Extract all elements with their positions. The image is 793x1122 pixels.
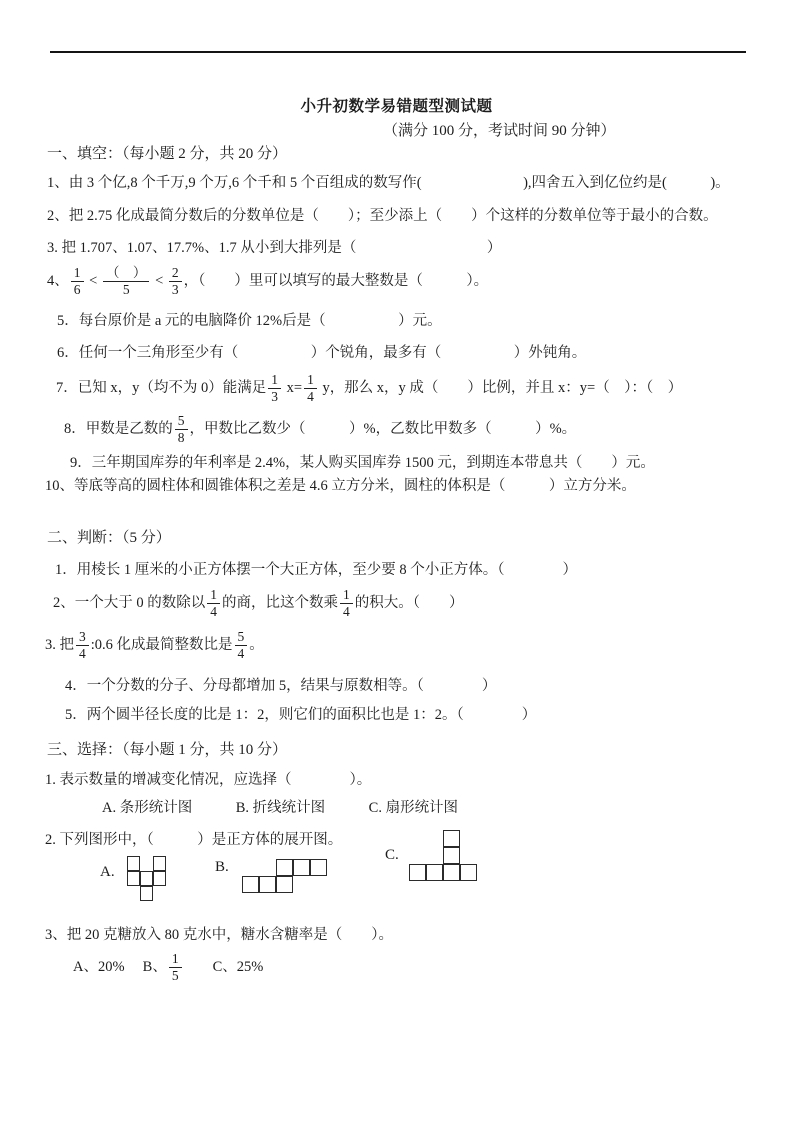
net-cell: [443, 830, 460, 847]
net-cell: [460, 864, 477, 881]
fill-q10: 10、等底等高的圆柱体和圆锥体积之差是 4.6 立方分米，圆柱的体积是（ ）立方…: [45, 478, 636, 495]
net-cell: [443, 847, 460, 864]
text-segment: 3. 把: [45, 637, 74, 654]
net-cell: [242, 876, 259, 893]
fill-q6: 6．任何一个三角形至少有（ ）个锐角，最多有（ ）外钝角。: [57, 345, 586, 362]
judge-q2: 2、一个大于 0 的数除以14的商，比这个数乘14的积大。（ ）: [53, 587, 464, 620]
net-cell: [310, 859, 327, 876]
fraction: 16: [71, 265, 84, 298]
choice-q2: 2. 下列图形中，（ ）是正方体的展开图。: [45, 832, 342, 849]
text-segment: 2、一个大于 0 的数除以: [53, 595, 205, 612]
fraction: 13: [268, 372, 281, 405]
text-segment: 的商，比这个数乘: [222, 595, 338, 612]
header-rule: [50, 51, 746, 53]
net-cell: [276, 859, 293, 876]
text-segment: 8．甲数是乙数的: [64, 421, 173, 438]
fraction: 14: [304, 372, 317, 405]
fill-q1: 1、由 3 个亿,8 个千万,9 个万,6 个千和 5 个百组成的数写作( ),…: [47, 175, 730, 192]
choice-q1-options: A. 条形统计图 B. 折线统计图 C. 扇形统计图: [102, 800, 458, 817]
fraction: 14: [207, 587, 220, 620]
cube-net-figure-c: [409, 830, 479, 883]
text-segment: C、25%: [184, 959, 264, 976]
section-choice-heading: 三、选择：（每小题 1 分，共 10 分）: [47, 742, 287, 759]
fill-q4: 4、16 < （ ）5 < 23，（ ）里可以填写的最大整数是（ ）。: [47, 265, 488, 298]
choice-q1: 1. 表示数量的增减变化情况，应选择（ ）。: [45, 772, 371, 789]
page: 小升初数学易错题型测试题 （满分 100 分，考试时间 90 分钟） 一、填空：…: [0, 0, 793, 1122]
text-segment: <: [151, 273, 166, 290]
net-cell: [443, 864, 460, 881]
net-cell: [153, 871, 166, 886]
fill-q3: 3. 把 1.707、1.07、17.7%、1.7 从小到大排列是（ ）: [47, 240, 501, 257]
text-segment: ，（ ）里可以填写的最大整数是（ ）。: [184, 273, 489, 290]
text-segment: 。: [249, 637, 264, 654]
net-cell: [127, 871, 140, 886]
fraction: 34: [76, 629, 89, 662]
net-cell: [426, 864, 443, 881]
fill-q2: 2、把 2.75 化成最简分数后的分数单位是（ ）；至少添上（ ）个这样的分数单…: [47, 208, 718, 225]
text-segment: 7．已知 x，y（均不为 0）能满足: [56, 380, 266, 397]
text-segment: y，那么 x，y 成（ ）比例，并且 x：y=（ ）：（ ）: [319, 380, 682, 397]
text-segment: ，甲数比乙数少（ ）%，乙数比甲数多（ ）%。: [190, 421, 577, 438]
net-cell: [409, 864, 426, 881]
text-segment: x=: [283, 380, 302, 397]
choice-q3-options: A、20% B、15 C、25%: [73, 951, 263, 984]
fraction: 58: [175, 413, 188, 446]
fill-q8: 8．甲数是乙数的58，甲数比乙数少（ ）%，乙数比甲数多（ ）%。: [64, 413, 576, 446]
fraction: 54: [235, 629, 248, 662]
fill-q5: 5．每台原价是 a 元的电脑降价 12%后是（ ）元。: [57, 313, 442, 330]
choice-q2-option-a-label: A.: [100, 864, 115, 881]
text-segment: 的积大。（ ）: [355, 595, 464, 612]
fraction: （ ）5: [103, 265, 150, 298]
net-cell: [140, 871, 153, 886]
net-cell: [127, 856, 140, 871]
cube-net-figure-a: [127, 856, 168, 903]
choice-q3: 3、把 20 克糖放入 80 克水中，糖水含糖率是（ ）。: [45, 927, 393, 944]
section-fill-heading: 一、填空：（每小题 2 分，共 20 分）: [47, 146, 287, 163]
fill-q9: 9．三年期国库券的年利率是 2.4%，某人购买国库券 1500 元，到期连本带息…: [70, 455, 655, 472]
net-cell: [259, 876, 276, 893]
fraction: 23: [169, 265, 182, 298]
doc-title: 小升初数学易错题型测试题: [0, 94, 793, 116]
fraction: 15: [169, 951, 182, 984]
text-segment: <: [86, 273, 101, 290]
judge-q4: 4．一个分数的分子、分母都增加 5，结果与原数相等。（ ）: [65, 678, 496, 695]
judge-q5: 5．两个圆半径长度的比是 1：2，则它们的面积比也是 1：2。（ ）: [65, 707, 536, 724]
judge-q3: 3. 把34:0.6 化成最简整数比是54。: [45, 629, 264, 662]
judge-q1: 1．用棱长 1 厘米的小正方体摆一个大正方体，至少要 8 个小正方体。（ ）: [55, 562, 577, 579]
net-cell: [153, 856, 166, 871]
text-segment: A、20% B、: [73, 959, 167, 976]
net-cell: [276, 876, 293, 893]
choice-q2-option-b-label: B.: [215, 859, 229, 876]
fill-q7: 7．已知 x，y（均不为 0）能满足13 x=14 y，那么 x，y 成（ ）比…: [56, 372, 682, 405]
doc-subtitle: （满分 100 分，考试时间 90 分钟）: [383, 119, 616, 140]
net-cell: [140, 886, 153, 901]
fraction: 14: [340, 587, 353, 620]
net-cell: [293, 859, 310, 876]
section-judge-heading: 二、判断：（5 分）: [47, 530, 171, 547]
text-segment: :0.6 化成最简整数比是: [91, 637, 233, 654]
choice-q2-option-c-label: C.: [385, 847, 399, 864]
text-segment: 4、: [47, 273, 69, 290]
cube-net-figure-b: [242, 859, 329, 895]
